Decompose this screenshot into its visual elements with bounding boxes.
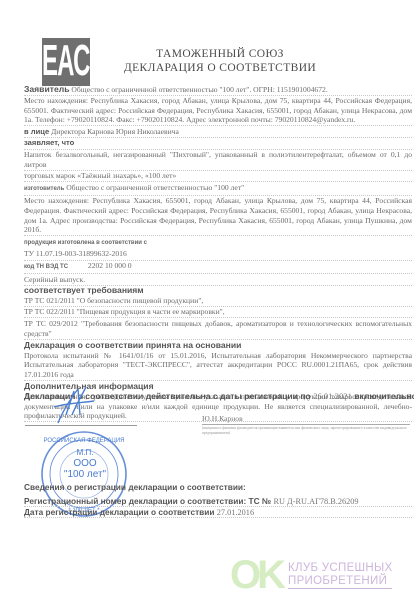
tn-ved-row: код ТН ВЭД ТС 2202 10 000 0: [24, 261, 412, 275]
seal-org-type: ООО: [60, 458, 110, 469]
manufacturer-label: изготовитель: [24, 186, 64, 192]
registration-date-row: Дата регистрации декларации о соответств…: [24, 507, 412, 518]
watermark-text: КЛУБ УСПЕШНЫХ ПРИОБРЕТЕНИЙ: [288, 562, 392, 589]
svg-text:РОССИЙСКАЯ ФЕДЕРАЦИЯ: РОССИЙСКАЯ ФЕДЕРАЦИЯ: [44, 436, 125, 444]
represented-label: в лице: [24, 127, 49, 136]
requirement-item: ТР ТС 022/2011 "Пищевая продукция в част…: [24, 307, 412, 319]
tn-ved-label: код ТН ВЭД ТС: [24, 263, 86, 273]
product-description: Напиток безалкогольный, негазированный "…: [24, 150, 412, 171]
production-standard: ТУ 11.07.19-003-31899632-2016: [24, 249, 412, 261]
watermark-line2: ПРИОБРЕТЕНИЙ: [288, 575, 392, 588]
applicant-value: Общество с ограниченной ответственностью…: [71, 85, 327, 94]
registration-date-value: 27.01.2016: [217, 508, 254, 517]
watermark-logo: OK КЛУБ УСПЕШНЫХ ПРИОБРЕТЕНИЙ: [230, 555, 392, 595]
handwritten-signature: [52, 385, 96, 430]
registration-date-label: Дата регистрации декларации о соответств…: [24, 507, 214, 517]
validity-suffix: включительно.: [354, 391, 414, 401]
represented-row: в лице Директора Карнова Юрия Николаевич…: [24, 126, 412, 138]
declaration-body: Заявитель Общество с ограниченной ответс…: [24, 84, 412, 422]
applicant-address: Место нахождения: Республика Хакасия, го…: [24, 96, 412, 127]
requirement-item: ТР ТС 029/2012 "Требования безопасности …: [24, 318, 412, 339]
declares-label: заявляет, что: [24, 138, 412, 150]
title-declaration: ДЕКЛАРАЦИЯ О СООТВЕТСТВИИ: [120, 61, 320, 75]
manufacturer-row: изготовитель Общество с ограниченной отв…: [24, 182, 412, 196]
seal-org-name: "100 лет": [60, 469, 110, 480]
signatory-note: (инициалы и фамилия руководителя организ…: [202, 426, 410, 435]
tn-ved-value: 2202 10 000 0: [88, 261, 132, 270]
seal-text: М.П. ООО "100 лет": [60, 447, 110, 480]
manufacturer-address: Место нахождения: Республика Хакасия, 65…: [24, 196, 412, 236]
eac-logo-text: ЕАС: [42, 37, 90, 86]
signatory-name: Ю.Н.Карнов: [202, 414, 410, 425]
applicant-label: Заявитель: [24, 84, 69, 94]
manufacturer-value: Общество с ограниченной ответственностью…: [66, 183, 244, 192]
seal-mp: М.П.: [60, 447, 110, 458]
validity-date: 26.01.2021: [313, 391, 352, 401]
registration-number-label: Регистрационный номер декларации о соотв…: [24, 496, 271, 506]
basis-text: Протокола испытаний № 1641/01/16 от 15.0…: [24, 350, 412, 381]
registration-number-row: Регистрационный номер декларации о соотв…: [24, 496, 412, 507]
release-type: Серийный выпуск.: [24, 274, 412, 286]
registration-heading: Сведения о регистрации декларации о соот…: [24, 482, 412, 492]
brands: торговых марок «Таёжный знахарь», «100 л…: [24, 171, 412, 183]
requirements-label: соответствует требованиям: [24, 286, 412, 296]
requirement-item: ТР ТС 021/2011 "О безопасности пищевой п…: [24, 295, 412, 307]
ok-mark-icon: OK: [230, 555, 282, 595]
watermark-line1: КЛУБ УСПЕШНЫХ: [288, 562, 392, 575]
applicant-row: Заявитель Общество с ограниченной ответс…: [24, 84, 412, 96]
title-customs-union: ТАМОЖЕННЫЙ СОЮЗ: [120, 47, 320, 61]
represented-value: Директора Карнова Юрия Николаевича: [51, 127, 179, 136]
registration-number-value: RU Д-RU.АГ78.В.26209: [273, 497, 358, 506]
document-title: ТАМОЖЕННЫЙ СОЮЗ ДЕКЛАРАЦИЯ О СООТВЕТСТВИ…: [120, 47, 320, 75]
eac-logo: ЕАС: [42, 38, 90, 86]
production-label: продукция изготовлена в соответствии с: [24, 239, 412, 249]
basis-label: Декларация о соответствии принята на осн…: [24, 341, 412, 351]
